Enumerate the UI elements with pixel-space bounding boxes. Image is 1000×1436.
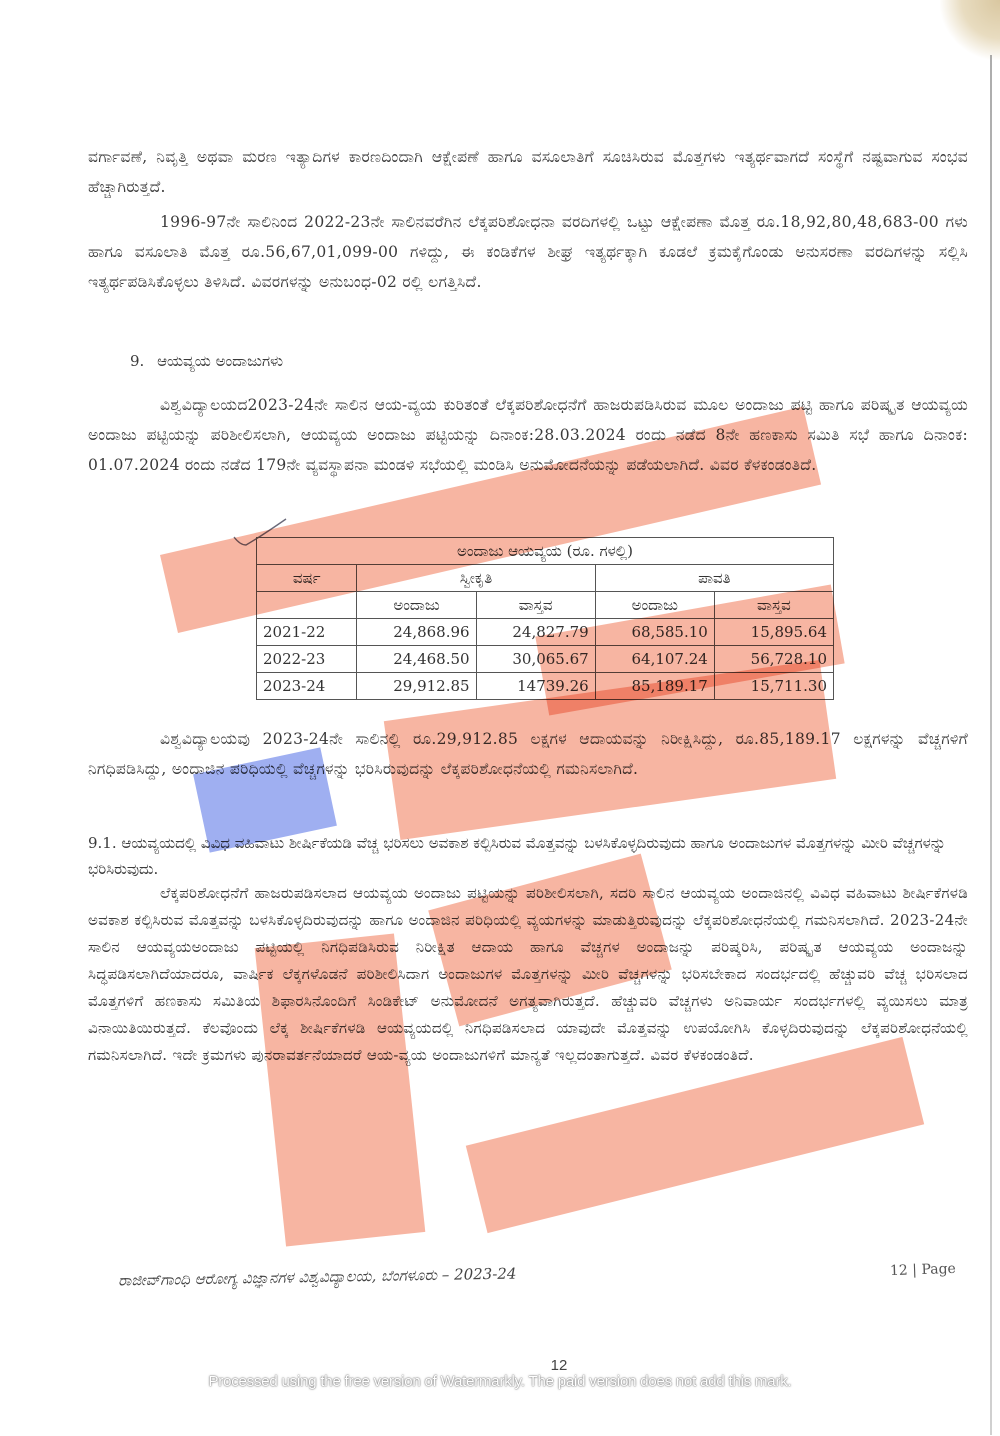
col-payment-estimate: ಅಂದಾಜು bbox=[595, 592, 714, 619]
table-row: 2022-23 24,468.50 30,065.67 64,107.24 56… bbox=[257, 646, 834, 673]
col-year: ವರ್ಷ bbox=[257, 565, 357, 592]
cell-receipt-estimate: 24,868.96 bbox=[357, 619, 476, 646]
col-payments: ಪಾವತಿ bbox=[595, 565, 833, 592]
page-corner-shadow bbox=[940, 0, 1000, 60]
paragraph-2: 1996-97ನೇ ಸಾಲಿನಿಂದ 2022-23ನೇ ಸಾಲಿನವರೆಗಿನ… bbox=[88, 207, 968, 297]
cell-payment-actual: 56,728.10 bbox=[714, 646, 833, 673]
cell-receipt-actual: 30,065.67 bbox=[476, 646, 595, 673]
cell-receipt-estimate: 29,912.85 bbox=[357, 673, 476, 700]
paragraph-5: ಲೆಕ್ಕಪರಿಶೋಧನೆಗೆ ಹಾಜರುಪಡಿಸಲಾದ ಆಯವ್ಯಯ ಅಂದಾ… bbox=[88, 880, 968, 1069]
cell-payment-actual: 15,895.64 bbox=[714, 619, 833, 646]
section-9-heading: 9. ಆಯವ್ಯಯ ಅಂದಾಜುಗಳು bbox=[130, 352, 283, 370]
table-row: 2023-24 29,912.85 14739.26 85,189.17 15,… bbox=[257, 673, 834, 700]
footer-page-ref: 12 | Page bbox=[890, 1261, 956, 1279]
cell-payment-estimate: 68,585.10 bbox=[595, 619, 714, 646]
col-receipt-actual: ವಾಸ್ತವ bbox=[476, 592, 595, 619]
cell-payment-estimate: 85,189.17 bbox=[595, 673, 714, 700]
table-title: ಅಂದಾಜು ಆಯವ್ಯಯ (ರೂ. ಗಳಲ್ಲಿ) bbox=[257, 538, 834, 565]
col-payment-actual: ವಾಸ್ತವ bbox=[714, 592, 833, 619]
section-number: 9. bbox=[130, 352, 144, 370]
cell-receipt-actual: 24,827.79 bbox=[476, 619, 595, 646]
cell-year: 2023-24 bbox=[257, 673, 357, 700]
cell-payment-estimate: 64,107.24 bbox=[595, 646, 714, 673]
section-number: 9.1. bbox=[88, 834, 117, 852]
cell-year: 2021-22 bbox=[257, 619, 357, 646]
col-receipt-estimate: ಅಂದಾಜು bbox=[357, 592, 476, 619]
cell-payment-actual: 15,711.30 bbox=[714, 673, 833, 700]
paragraph-3: ವಿಶ್ವವಿದ್ಯಾಲಯದ2023-24ನೇ ಸಾಲಿನ ಆಯ-ವ್ಯಯ ಕು… bbox=[88, 390, 968, 480]
watermark-text: Processed using the free version of Wate… bbox=[0, 1373, 1000, 1390]
page-edge bbox=[990, 55, 992, 1435]
table-row: 2021-22 24,868.96 24,827.79 68,585.10 15… bbox=[257, 619, 834, 646]
section-title: ಆಯವ್ಯಯದಲ್ಲಿ ವಿವಿಧ ವಹಿವಾಟು ಶೀರ್ಷಿಕೆಯಡಿ ವೆ… bbox=[88, 834, 946, 878]
budget-estimates-table: ಅಂದಾಜು ಆಯವ್ಯಯ (ರೂ. ಗಳಲ್ಲಿ) ವರ್ಷ ಸ್ವೀಕೃತಿ… bbox=[256, 537, 834, 700]
page-number: 12 bbox=[0, 1357, 1000, 1374]
paragraph-4: ವಿಶ್ವವಿದ್ಯಾಲಯವು 2023-24ನೇ ಸಾಲಿನಲ್ಲಿ ರೂ.2… bbox=[88, 724, 968, 784]
section-9-1-heading: 9.1. ಆಯವ್ಯಯದಲ್ಲಿ ವಿವಿಧ ವಹಿವಾಟು ಶೀರ್ಷಿಕೆಯ… bbox=[88, 830, 968, 882]
footer-text: ರಾಜೀವ್‌ಗಾಂಧಿ ಆರೋಗ್ಯ ವಿಜ್ಞಾನಗಳ ವಿಶ್ವವಿದ್ಯ… bbox=[118, 1265, 517, 1290]
col-receipts: ಸ್ವೀಕೃತಿ bbox=[357, 565, 595, 592]
cell-receipt-estimate: 24,468.50 bbox=[357, 646, 476, 673]
section-title: ಆಯವ್ಯಯ ಅಂದಾಜುಗಳು bbox=[157, 352, 283, 370]
cell-receipt-actual: 14739.26 bbox=[476, 673, 595, 700]
col-blank bbox=[257, 592, 357, 619]
cell-year: 2022-23 bbox=[257, 646, 357, 673]
paragraph-1: ವರ್ಗಾವಣೆ, ನಿವೃತ್ತಿ ಅಥವಾ ಮರಣ ಇತ್ಯಾದಿಗಳ ಕಾ… bbox=[88, 142, 968, 202]
